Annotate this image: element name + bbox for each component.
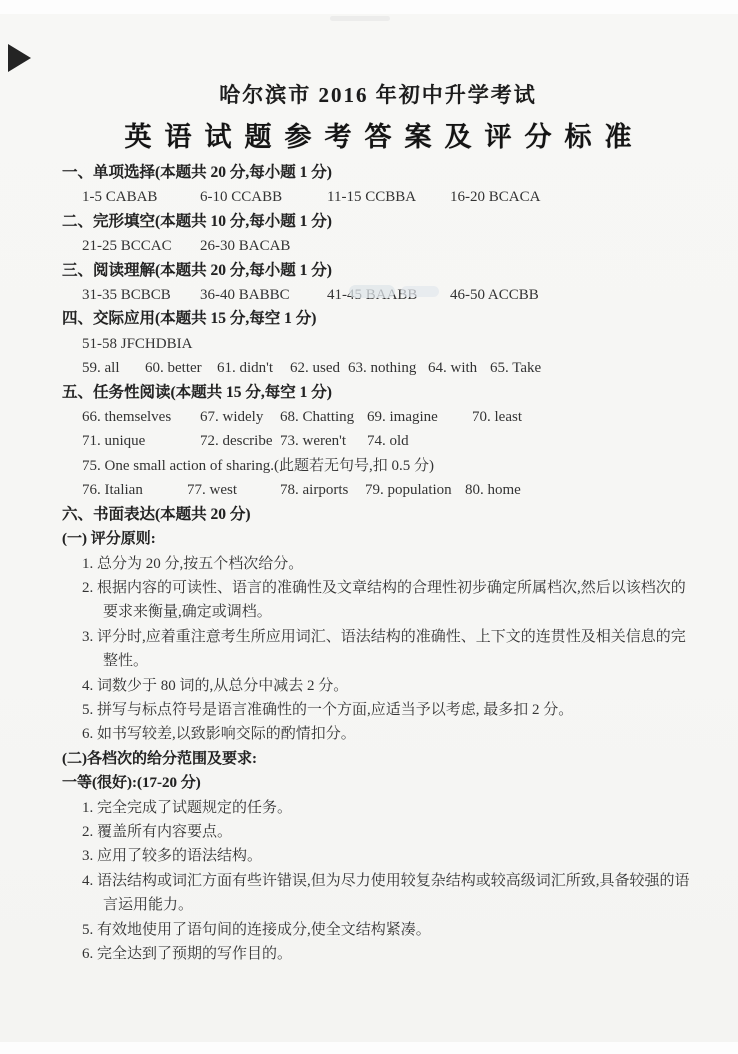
answer-cell: 74. old (367, 429, 409, 453)
answer-cell: 26-30 BACAB (200, 234, 290, 258)
answer-cell: 77. west (187, 478, 280, 502)
answer-row: 71. unique 72. describe 73. weren't 74. … (62, 429, 694, 453)
scoring-principle-item: 1. 总分为 20 分,按五个档次给分。 (62, 552, 694, 576)
grade1-item: 5. 有效地使用了语句间的连接成分,使全文结构紧凑。 (62, 918, 694, 942)
grade1-item: 6. 完全达到了预期的写作目的。 (62, 942, 694, 966)
answer-row: 51-58 JFCHDBIA (62, 332, 694, 356)
answer-cell: 68. Chatting (280, 405, 367, 429)
answer-cell: 80. home (465, 478, 521, 502)
scoring-principle-item: 4. 词数少于 80 词的,从总分中减去 2 分。 (62, 674, 694, 698)
answer-row: 66. themselves 67. widely 68. Chatting 6… (62, 405, 694, 429)
section-heading-1: 一、单项选择(本题共 20 分,每小题 1 分) (62, 161, 694, 185)
grade1-item: 2. 覆盖所有内容要点。 (62, 820, 694, 844)
answer-cell: 6-10 CCABB (200, 185, 327, 209)
scanned-document-page: 哈尔滨市 2016 年初中升学考试 英语试题参考答案及评分标准 一、单项选择(本… (0, 14, 738, 1042)
scoring-principle-item: 5. 拼写与标点符号是语言准确性的一个方面,应适当予以考虑, 最多扣 2 分。 (62, 698, 694, 722)
scan-smudge (330, 16, 390, 21)
scoring-principle-item: 6. 如书写较差,以致影响交际的酌情扣分。 (62, 722, 694, 746)
answer-cell: 72. describe (200, 429, 280, 453)
grade1-item: 4. 语法结构或词汇方面有些许错误,但为尽力使用较复杂结构或较高级词汇所致,具备… (62, 869, 694, 918)
answer-row: 76. Italian 77. west 78. airports 79. po… (62, 478, 694, 502)
section-heading-5: 五、任务性阅读(本题共 15 分,每空 1 分) (62, 381, 694, 405)
document-title-line2: 英语试题参考答案及评分标准 (62, 120, 694, 154)
answer-row: 31-35 BCBCB 36-40 BABBC 41-45 BAABB 46-5… (62, 283, 694, 307)
answer-cell: 21-25 BCCAC (82, 234, 200, 258)
answer-cell: 61. didn't (217, 356, 290, 380)
answer-cell: 41-45 BAABB (327, 283, 450, 307)
answer-cell: 76. Italian (82, 478, 187, 502)
answer-cell: 59. all (82, 356, 145, 380)
answer-row: 75. One small action of sharing.(此题若无句号,… (62, 454, 694, 478)
answer-cell: 16-20 BCACA (450, 185, 540, 209)
grade-ranges-heading: (二)各档次的给分范围及要求: (62, 747, 694, 771)
scoring-principle-item: 3. 评分时,应着重注意考生所应用词汇、语法结构的准确性、上下文的连贯性及相关信… (62, 625, 694, 674)
scoring-principles-heading: (一) 评分原则: (62, 527, 694, 551)
answer-cell: 66. themselves (82, 405, 200, 429)
answer-cell: 65. Take (490, 356, 541, 380)
section-heading-4: 四、交际应用(本题共 15 分,每空 1 分) (62, 307, 694, 331)
answer-cell: 64. with (428, 356, 490, 380)
grade1-heading: 一等(很好):(17-20 分) (62, 771, 694, 795)
answer-cell: 63. nothing (348, 356, 428, 380)
section-heading-3: 三、阅读理解(本题共 20 分,每小题 1 分) (62, 259, 694, 283)
answer-cell: 75. One small action of sharing.(此题若无句号,… (82, 454, 434, 478)
section-heading-6: 六、书面表达(本题共 20 分) (62, 503, 694, 527)
answer-cell: 78. airports (280, 478, 365, 502)
document-title-line1: 哈尔滨市 2016 年初中升学考试 (62, 82, 694, 108)
document-body: 一、单项选择(本题共 20 分,每小题 1 分) 1-5 CABAB 6-10 … (62, 161, 694, 966)
answer-row: 59. all 60. better 61. didn't 62. used 6… (62, 356, 694, 380)
grade1-item: 1. 完全完成了试题规定的任务。 (62, 796, 694, 820)
answer-cell: 60. better (145, 356, 217, 380)
answer-cell: 73. weren't (280, 429, 367, 453)
answer-cell: 51-58 JFCHDBIA (82, 332, 192, 356)
answer-cell: 31-35 BCBCB (82, 283, 200, 307)
page-corner-fold-artifact (8, 44, 31, 72)
answer-row: 21-25 BCCAC 26-30 BACAB (62, 234, 694, 258)
answer-cell: 69. imagine (367, 405, 472, 429)
answer-cell: 62. used (290, 356, 348, 380)
answer-cell: 67. widely (200, 405, 280, 429)
answer-cell: 1-5 CABAB (82, 185, 200, 209)
answer-cell: 79. population (365, 478, 465, 502)
scoring-principle-item: 2. 根据内容的可读性、语言的准确性及文章结构的合理性初步确定所属档次,然后以该… (62, 576, 694, 625)
grade1-item: 3. 应用了较多的语法结构。 (62, 844, 694, 868)
document-content: 哈尔滨市 2016 年初中升学考试 英语试题参考答案及评分标准 一、单项选择(本… (0, 82, 738, 966)
answer-cell: 70. least (472, 405, 522, 429)
answer-cell: 36-40 BABBC (200, 283, 327, 307)
answer-cell: 11-15 CCBBA (327, 185, 450, 209)
answer-row: 1-5 CABAB 6-10 CCABB 11-15 CCBBA 16-20 B… (62, 185, 694, 209)
answer-cell: 71. unique (82, 429, 200, 453)
answer-cell: 46-50 ACCBB (450, 283, 539, 307)
section-heading-2: 二、完形填空(本题共 10 分,每小题 1 分) (62, 210, 694, 234)
